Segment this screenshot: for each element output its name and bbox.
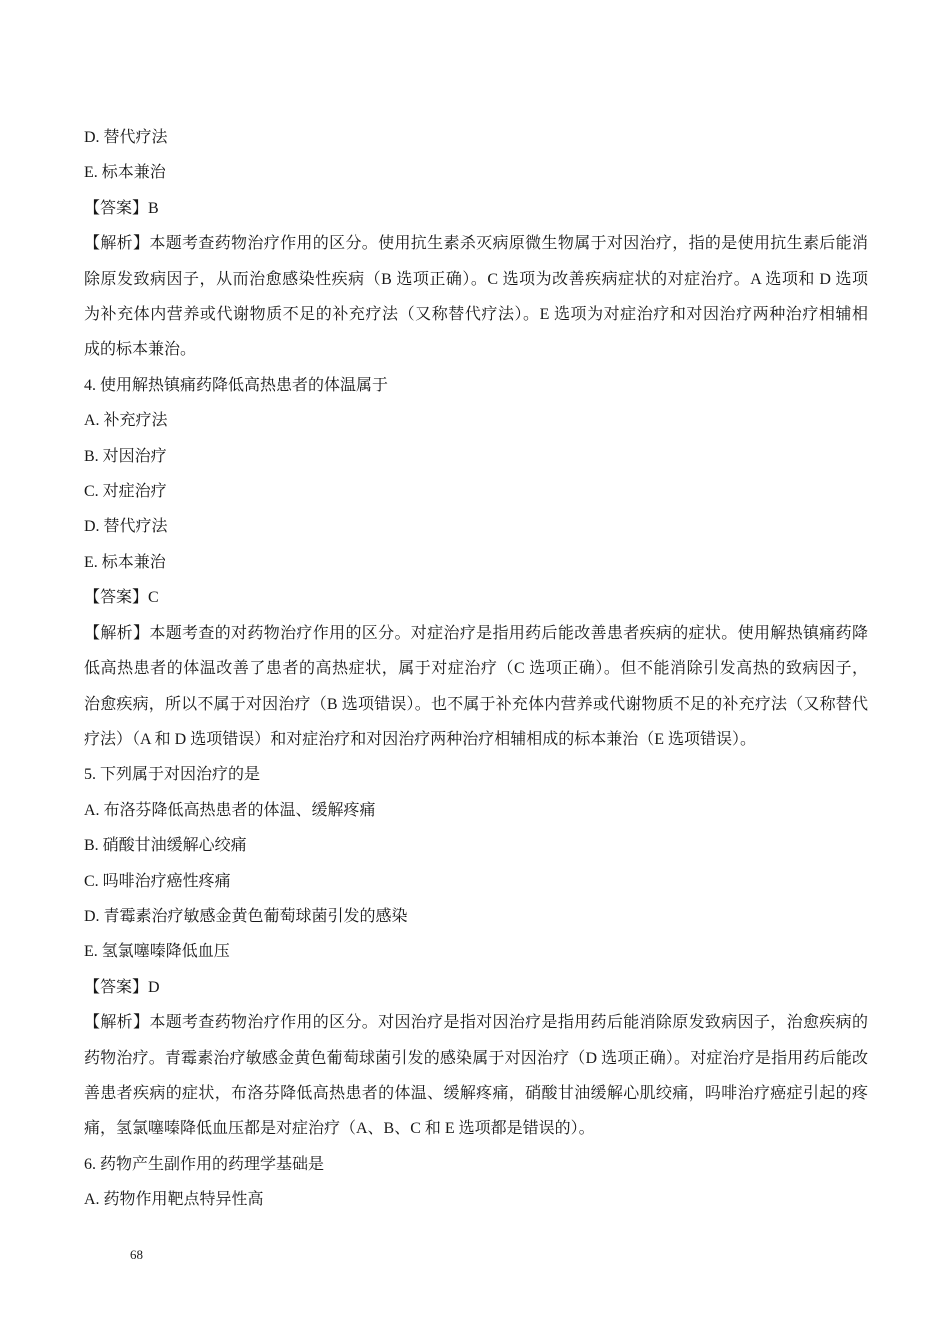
question-stem: 4. 使用解热镇痛药降低高热患者的体温属于 <box>84 368 868 403</box>
question-stem: 5. 下列属于对因治疗的是 <box>84 757 868 792</box>
analysis-line: 痛，氢氯噻嗪降低血压都是对症治疗（A、B、C 和 E 选项都是错误的）。 <box>84 1111 868 1146</box>
option-line: D. 替代疗法 <box>84 120 868 155</box>
answer-line: 【答案】D <box>84 970 868 1005</box>
analysis-line: 【解析】本题考查药物治疗作用的区分。对因治疗是指对因治疗是指用药后能消除原发致病… <box>84 1005 868 1040</box>
option-line: B. 硝酸甘油缓解心绞痛 <box>84 828 868 863</box>
analysis-line: 【解析】本题考查的对药物治疗作用的区分。对症治疗是指用药后能改善患者疾病的症状。… <box>84 616 868 651</box>
option-line: D. 替代疗法 <box>84 509 868 544</box>
option-line: A. 药物作用靶点特异性高 <box>84 1182 868 1217</box>
option-line: E. 氢氯噻嗪降低血压 <box>84 934 868 969</box>
option-line: E. 标本兼治 <box>84 155 868 190</box>
option-line: B. 对因治疗 <box>84 439 868 474</box>
document-body: D. 替代疗法 E. 标本兼治 【答案】B 【解析】本题考查药物治疗作用的区分。… <box>84 120 868 1218</box>
analysis-line: 善患者疾病的症状，布洛芬降低高热患者的体温、缓解疼痛，硝酸甘油缓解心肌绞痛，吗啡… <box>84 1076 868 1111</box>
analysis-line: 疗法）（A 和 D 选项错误）和对症治疗和对因治疗两种治疗相辅相成的标本兼治（E… <box>84 722 868 757</box>
answer-line: 【答案】B <box>84 191 868 226</box>
option-line: C. 吗啡治疗癌性疼痛 <box>84 864 868 899</box>
option-line: C. 对症治疗 <box>84 474 868 509</box>
page-number: 68 <box>130 1246 143 1264</box>
analysis-line: 除原发致病因子，从而治愈感染性疾病（B 选项正确）。C 选项为改善疾病症状的对症… <box>84 262 868 297</box>
analysis-line: 低高热患者的体温改善了患者的高热症状，属于对症治疗（C 选项正确）。但不能消除引… <box>84 651 868 686</box>
question-stem: 6. 药物产生副作用的药理学基础是 <box>84 1147 868 1182</box>
analysis-line: 治愈疾病，所以不属于对因治疗（B 选项错误）。也不属于补充体内营养或代谢物质不足… <box>84 687 868 722</box>
analysis-line: 【解析】本题考查药物治疗作用的区分。使用抗生素杀灭病原微生物属于对因治疗，指的是… <box>84 226 868 261</box>
option-line: E. 标本兼治 <box>84 545 868 580</box>
analysis-line: 为补充体内营养或代谢物质不足的补充疗法（又称替代疗法）。E 选项为对症治疗和对因… <box>84 297 868 332</box>
answer-line: 【答案】C <box>84 580 868 615</box>
option-line: A. 补充疗法 <box>84 403 868 438</box>
option-line: A. 布洛芬降低高热患者的体温、缓解疼痛 <box>84 793 868 828</box>
analysis-line: 成的标本兼治。 <box>84 332 868 367</box>
analysis-line: 药物治疗。青霉素治疗敏感金黄色葡萄球菌引发的感染属于对因治疗（D 选项正确）。对… <box>84 1041 868 1076</box>
option-line: D. 青霉素治疗敏感金黄色葡萄球菌引发的感染 <box>84 899 868 934</box>
